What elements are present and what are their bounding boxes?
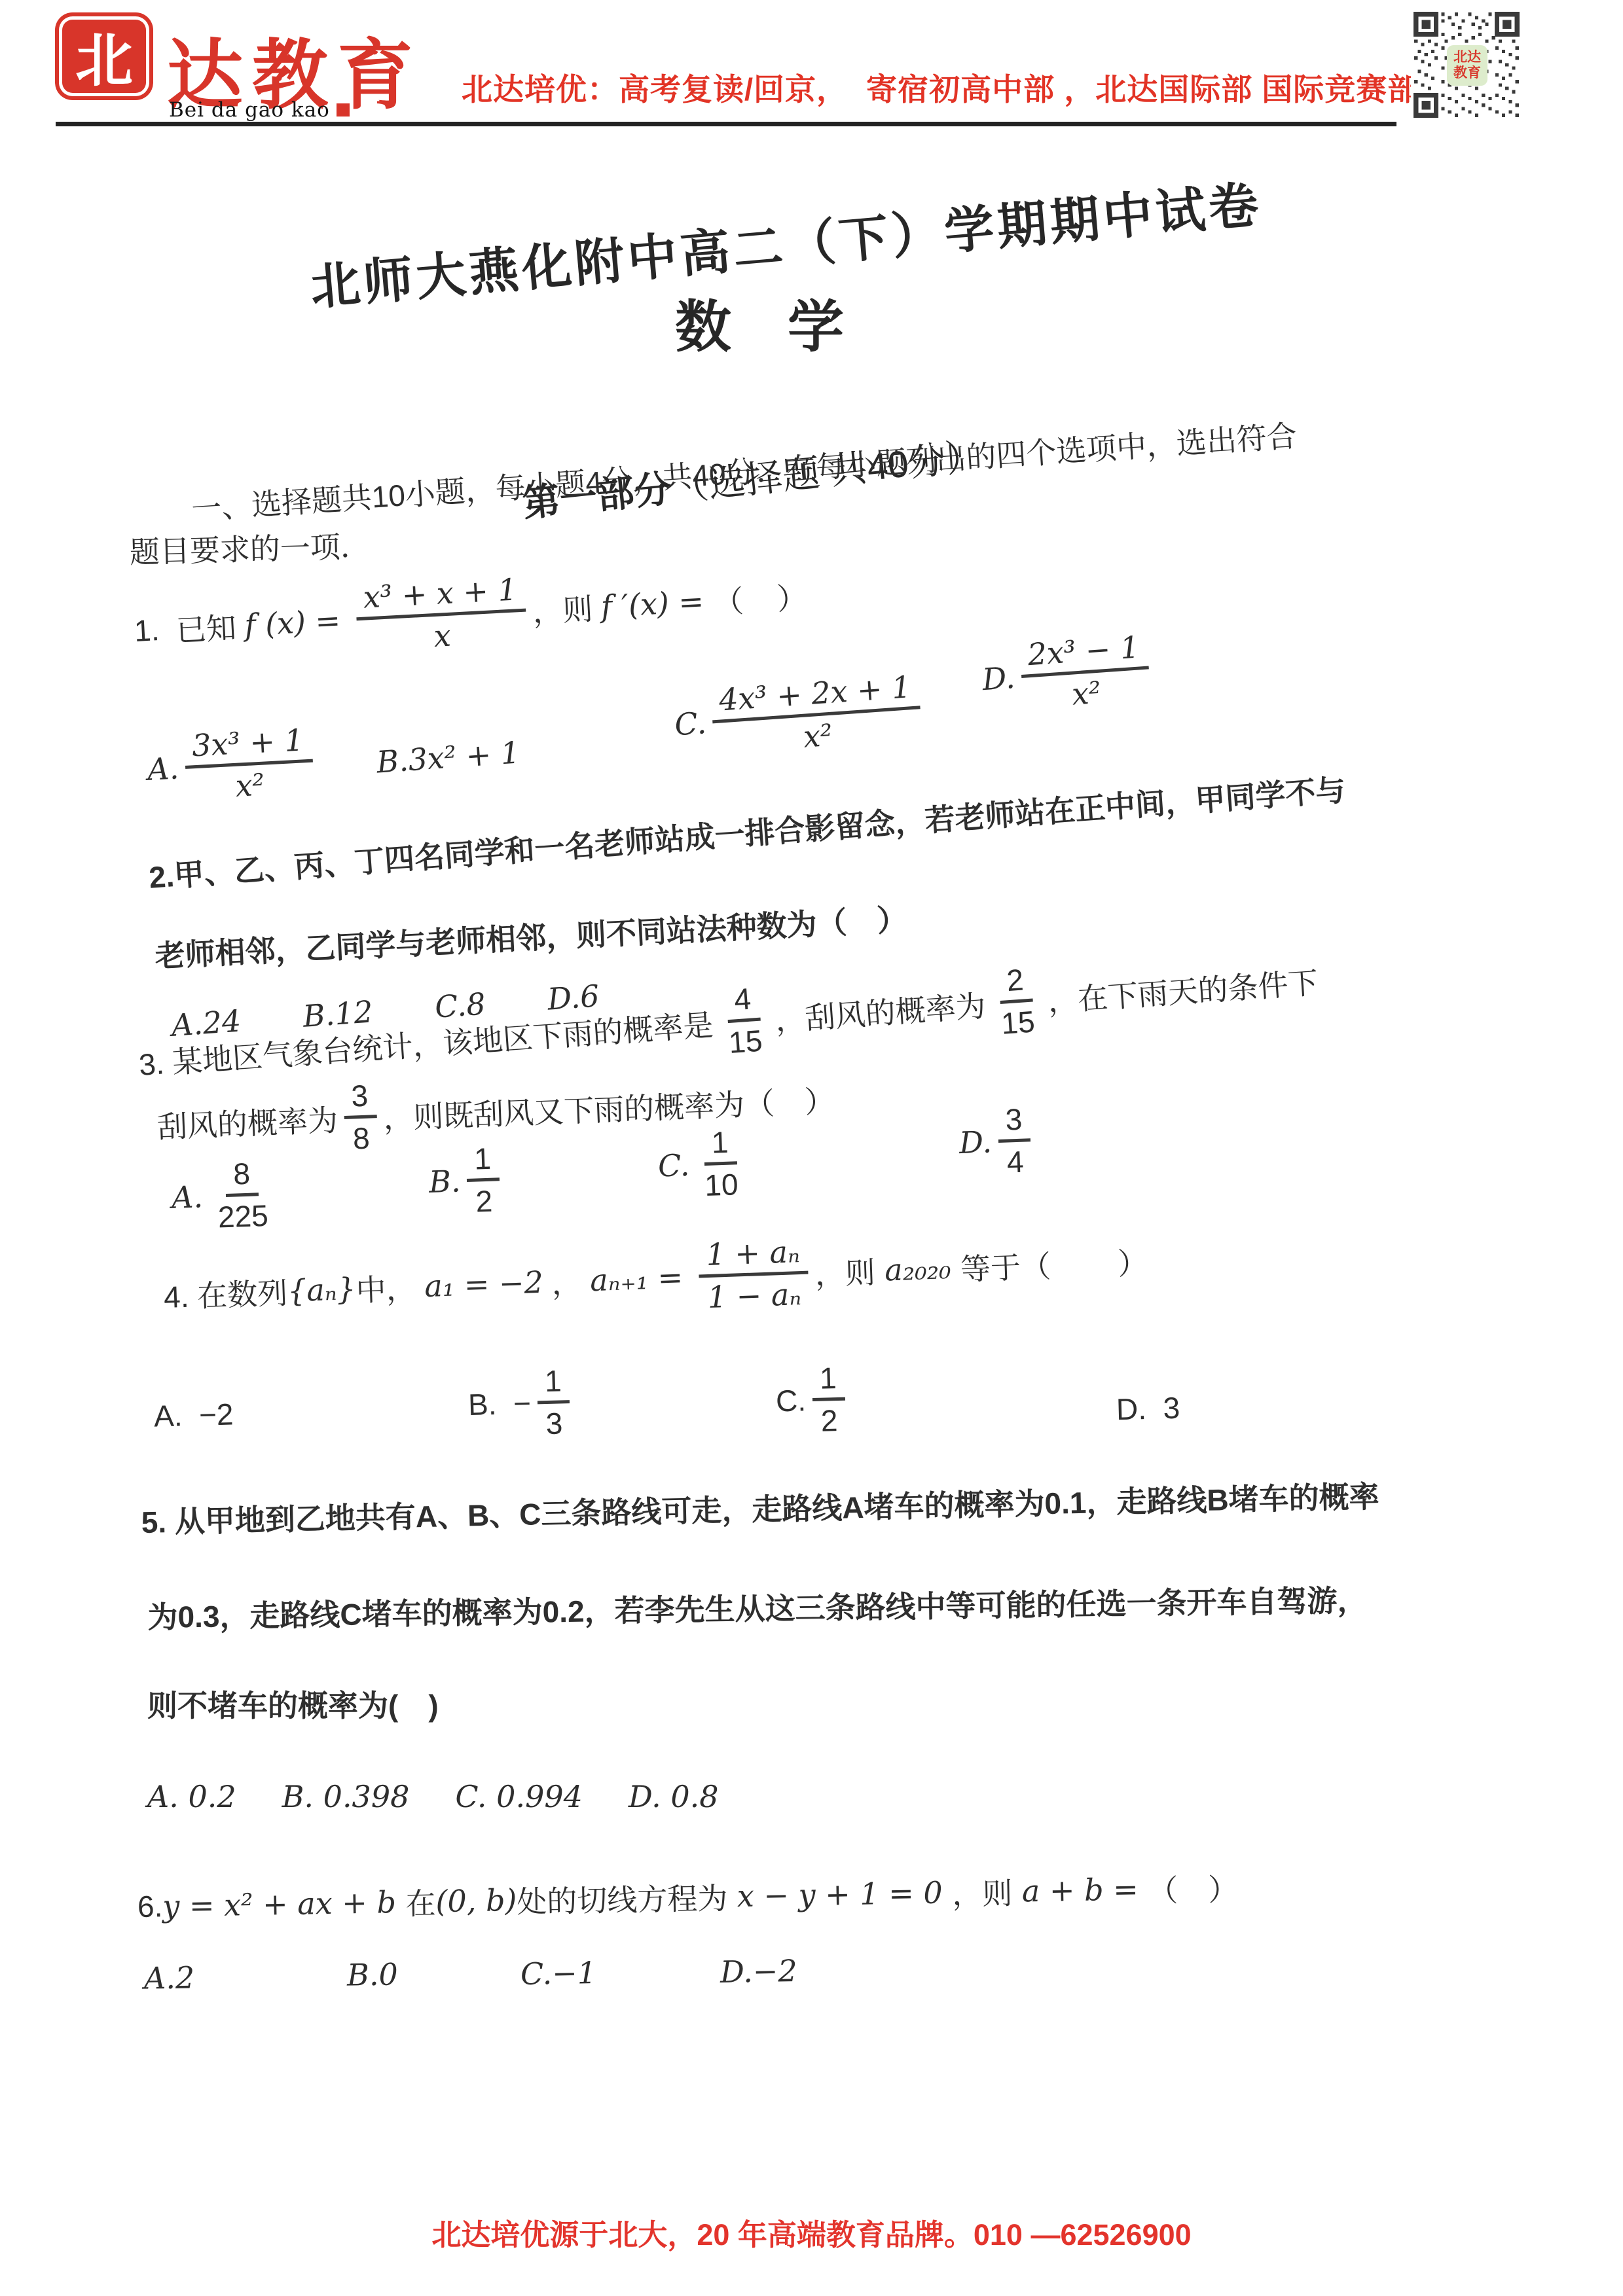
numerator: 8 [225, 1156, 259, 1197]
numerator: 1 + aₙ [698, 1234, 809, 1278]
q1-option-c-label: C. [674, 705, 708, 742]
numerator: 3x³ + 1 [183, 723, 313, 769]
q4-s3: ， [543, 1259, 591, 1303]
q6-option-d-text: D.−2 [720, 1953, 798, 1990]
q1-option-a-label: A. [147, 750, 180, 787]
q5-option-d: D. 0.8 [629, 1779, 719, 1814]
q6-m4: a + b = [1012, 1871, 1148, 1909]
fraction: 8225 [208, 1155, 277, 1234]
q5-line2-text: 为0.3，走路线C堵车的概率为0.2，若李先生从这三条路线中等可能的任选一条开车… [147, 1577, 1368, 1637]
q1-option-a: A.3x³ + 1x² [145, 722, 321, 808]
q6-option-c: C.−1 [520, 1955, 597, 1992]
q3-option-c-label: C. [657, 1147, 690, 1184]
fraction: x³ + x + 1x [354, 572, 528, 658]
q6-paren: （ ） [1148, 1866, 1239, 1910]
fraction: 110 [695, 1124, 746, 1203]
q5-line1-text: 5. 从甲地到乙地共有A、B、C三条路线可走，走路线A堵车的概率为0.1，走路线… [141, 1473, 1379, 1542]
seal-character: 北 [75, 15, 133, 98]
q3-option-a: A.8225 [170, 1155, 283, 1236]
fraction: 34 [997, 1102, 1032, 1179]
q1-number: 1. [134, 611, 177, 648]
q5-option-a: A. 0.2 [147, 1779, 236, 1814]
numerator: 3 [343, 1078, 377, 1119]
q3-option-d-label: D. [958, 1124, 993, 1160]
q3-option-b: B.12 [428, 1141, 507, 1221]
q5-option-b: B. 0.398 [282, 1779, 410, 1814]
q1-option-d: D.2x³ − 1x² [979, 629, 1158, 718]
q4-sequence: {aₙ} [287, 1271, 356, 1309]
q4-option-c-label: C. [775, 1382, 806, 1418]
q3-option-c: C.110 [657, 1124, 753, 1205]
q4-option-b: B. −13 [467, 1363, 577, 1443]
numerator: 4 [725, 981, 761, 1024]
qr-center-line1: 北达 [1453, 50, 1481, 65]
q2-line1-text: 2.甲、乙、丙、丁四名同学和一名老师站成一排合影留念，若老师站在正中间，甲同学不… [147, 766, 1347, 897]
q1-option-c: C.4x³ + 2x + 1x² [672, 669, 929, 763]
q3-s3: ，在下雨天的条件下 [1046, 959, 1320, 1021]
q4-option-b-label: B. − [467, 1385, 531, 1422]
q2-line2-text: 老师相邻，乙同学与老师相邻，则不同站法种数为（ ） [154, 896, 908, 976]
numerator: 4x³ + 2x + 1 [710, 669, 920, 723]
denominator: 15 [992, 1001, 1044, 1041]
denominator: 225 [210, 1196, 277, 1235]
q1-option-b: B.3x² + 1 [375, 734, 520, 780]
question-2-line-1: 2.甲、乙、丙、丁四名同学和一名老师站成一排合影留念，若老师站在正中间，甲同学不… [147, 766, 1347, 897]
q1-paren: （ ） [712, 574, 808, 622]
q6-option-c-text: C.−1 [520, 1955, 597, 1992]
question-6-stem: 6.y = x² + ax + b 在(0, b)处的切线方程为 x − y +… [137, 1866, 1238, 1928]
question-1-stem: 1. 已知 f (x) = x³ + x + 1x，则 f ′(x) = （ ） [132, 557, 809, 669]
denominator: 8 [344, 1118, 378, 1156]
q6-option-b: B.0 [347, 1956, 399, 1992]
q4-option-a-text: A. −2 [153, 1396, 234, 1433]
q3-option-d: D.34 [958, 1102, 1039, 1181]
q4-option-d: D. 3 [1116, 1390, 1180, 1427]
denominator: x² [794, 715, 841, 755]
intro-line-2: 题目要求的一项． [129, 522, 371, 572]
q4-s1: 4. 在数列 [163, 1269, 288, 1317]
fraction: 4x³ + 2x + 1x² [710, 669, 922, 760]
q6-m2: (0, b) [435, 1882, 517, 1919]
q4-an1: aₙ₊₁ = [589, 1259, 693, 1298]
denominator: 10 [696, 1164, 746, 1203]
denominator: 2 [812, 1401, 846, 1439]
qr-center-line2: 教育 [1453, 65, 1481, 81]
numerator: 1 [811, 1361, 845, 1402]
red-square-icon [337, 103, 350, 117]
numerator: 1 [703, 1124, 737, 1166]
question-4-stem: 4. 在数列{aₙ}中， a₁ = −2 ， aₙ₊₁ = 1 + aₙ1 − … [162, 1223, 1149, 1334]
q3-option-b-label: B. [428, 1163, 461, 1200]
q4-a1: a₁ = −2 [424, 1265, 543, 1304]
q6-m1: y = x² + ax + b [162, 1884, 406, 1924]
question-5-line-2: 为0.3，走路线C堵车的概率为0.2，若李先生从这三条路线中等可能的任选一条开车… [147, 1577, 1368, 1637]
q1-fx: f (x) = [244, 602, 351, 643]
numerator: x³ + x + 1 [354, 572, 526, 621]
fraction: 38 [343, 1078, 378, 1156]
question-5-options: A. 0.2 B. 0.398 C. 0.994 D. 0.8 [147, 1779, 719, 1814]
q1-option-b-text: B.3x² + 1 [375, 734, 520, 780]
q5-option-c: C. 0.994 [455, 1779, 583, 1814]
q6-m3: x − y + 1 = 0 [727, 1874, 953, 1914]
q4-a2020: a₂₀₂₀ [875, 1249, 961, 1288]
fraction: 3x³ + 1x² [183, 723, 315, 806]
q6-s2: 处的切线方程为 [517, 1874, 728, 1922]
denominator: 3 [538, 1403, 571, 1441]
fraction: 12 [465, 1141, 501, 1219]
numerator: 2 [998, 962, 1033, 1005]
q6-s1: 在 [405, 1880, 436, 1924]
q6-s3: ，则 [952, 1870, 1013, 1914]
numerator: 1 [536, 1363, 570, 1405]
footer-text: 北达培优源于北大，20 年高端教育品牌。010 —62526900 [0, 2211, 1623, 2253]
q6-option-a: A.2 [144, 1960, 195, 1996]
q4-option-a: A. −2 [153, 1396, 234, 1433]
q3-s4: 刮风的概率为 [156, 1096, 338, 1147]
q6-option-d: D.−2 [720, 1953, 798, 1990]
beida-logo-seal: 北 [62, 20, 146, 93]
numerator: 1 [465, 1141, 500, 1182]
subject-title: 数 学 [0, 281, 1519, 363]
question-5-line-1: 5. 从甲地到乙地共有A、B、C三条路线可走，走路线A堵车的概率为0.1，走路线… [141, 1473, 1379, 1542]
q6-option-b-text: B.0 [347, 1956, 399, 1992]
denominator: 1 − aₙ [699, 1274, 810, 1315]
numerator: 2x³ − 1 [1019, 630, 1149, 679]
q6-option-a-text: A.2 [144, 1960, 195, 1996]
fraction: 13 [536, 1363, 571, 1441]
qr-center-label: 北达 教育 [1447, 45, 1487, 86]
fraction: 415 [717, 980, 771, 1061]
q1-option-d-label: D. [981, 660, 1016, 697]
q1-fpx: f ′(x) = [600, 583, 714, 624]
q4-s5: 等于（ ） [960, 1239, 1148, 1289]
q4-s2: 中， [355, 1265, 425, 1310]
denominator: 15 [720, 1020, 771, 1060]
header-tagline: 北达培优：高考复读/回京， 寄宿初高中部 ，北达国际部 国际竞赛部 [462, 65, 1419, 109]
q4-option-c: C.12 [775, 1361, 852, 1440]
exam-scan-page: 北 达教育 Bei da gao kao 北达培优：高考复读/回京， 寄宿初高中… [0, 0, 1623, 2296]
brand-subtitle-text: Bei da gao kao [169, 98, 330, 122]
q3-option-a-label: A. [171, 1179, 204, 1215]
brand-subtitle: Bei da gao kao [169, 98, 350, 122]
denominator: 2 [467, 1181, 501, 1219]
question-2-line-2: 老师相邻，乙同学与老师相邻，则不同站法种数为（ ） [154, 896, 908, 976]
intro-line-2-text: 题目要求的一项． [129, 522, 371, 572]
qr-code: 北达 教育 [1409, 9, 1524, 120]
denominator: x [425, 615, 460, 654]
question-5-line-3: 则不堵车的概率为( ) [147, 1682, 439, 1725]
q1-lead: 已知 [175, 603, 246, 650]
q1-mid: ，则 [532, 584, 602, 631]
q4-s4: ，则 [814, 1249, 876, 1294]
fraction: 2x³ − 1x² [1019, 630, 1151, 715]
q6-number: 6. [137, 1888, 163, 1924]
fraction: 12 [811, 1361, 846, 1439]
q4-option-d-text: D. 3 [1116, 1390, 1180, 1427]
fraction: 1 + aₙ1 − aₙ [698, 1234, 810, 1315]
q3-s5: ，则既刮风又下雨的概率为（ ） [382, 1077, 835, 1138]
denominator: x² [227, 764, 273, 804]
numerator: 3 [997, 1102, 1031, 1143]
q3-s2: ，刮风的概率为 [774, 982, 987, 1039]
denominator: 4 [998, 1142, 1032, 1180]
denominator: x² [1063, 672, 1110, 712]
q5-line3-text: 则不堵车的概率为( ) [147, 1682, 439, 1725]
fraction: 215 [989, 961, 1044, 1042]
header-divider [56, 122, 1396, 126]
